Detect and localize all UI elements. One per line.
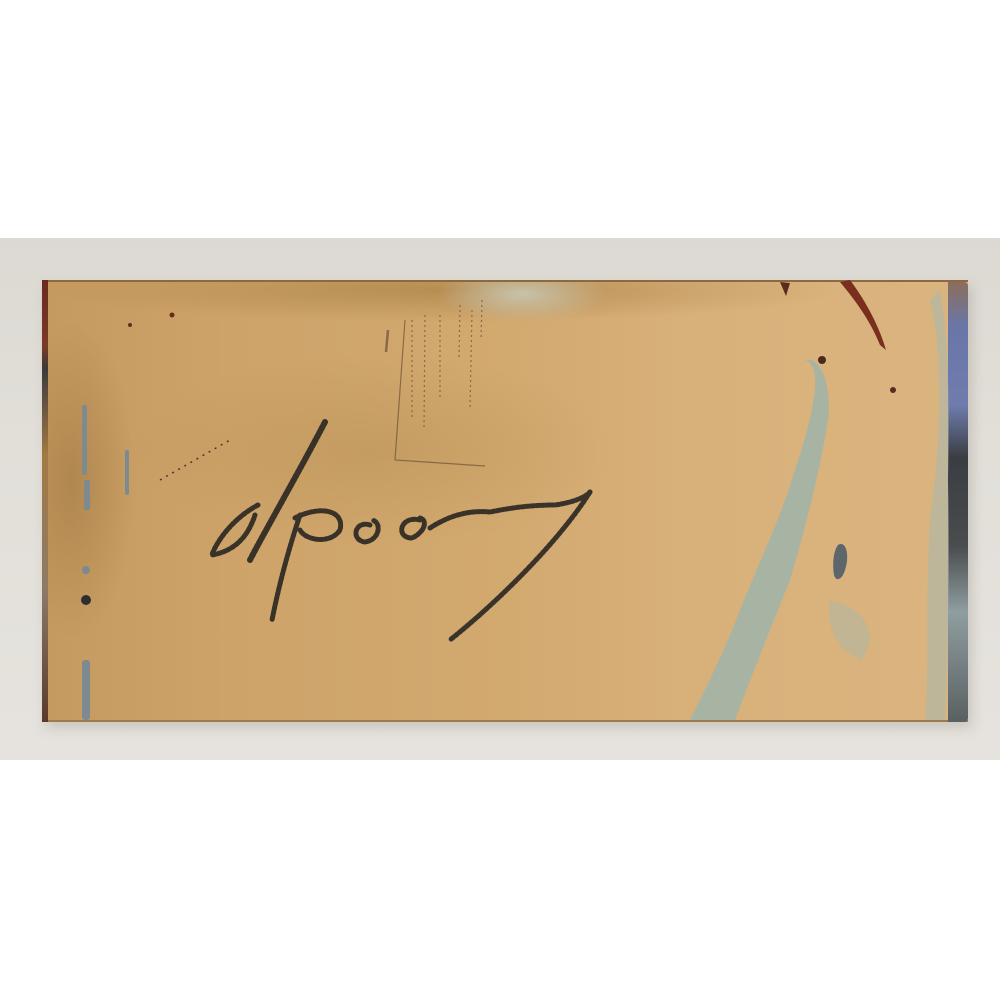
board-markings xyxy=(0,0,1000,1000)
left-paint-drips xyxy=(81,405,129,720)
inventory-stamp xyxy=(386,300,485,466)
red-brown-paint-stroke xyxy=(840,280,886,350)
artist-signature xyxy=(212,422,590,640)
gray-paint-smudge xyxy=(833,544,847,579)
blue-green-paint-streak xyxy=(690,290,949,720)
